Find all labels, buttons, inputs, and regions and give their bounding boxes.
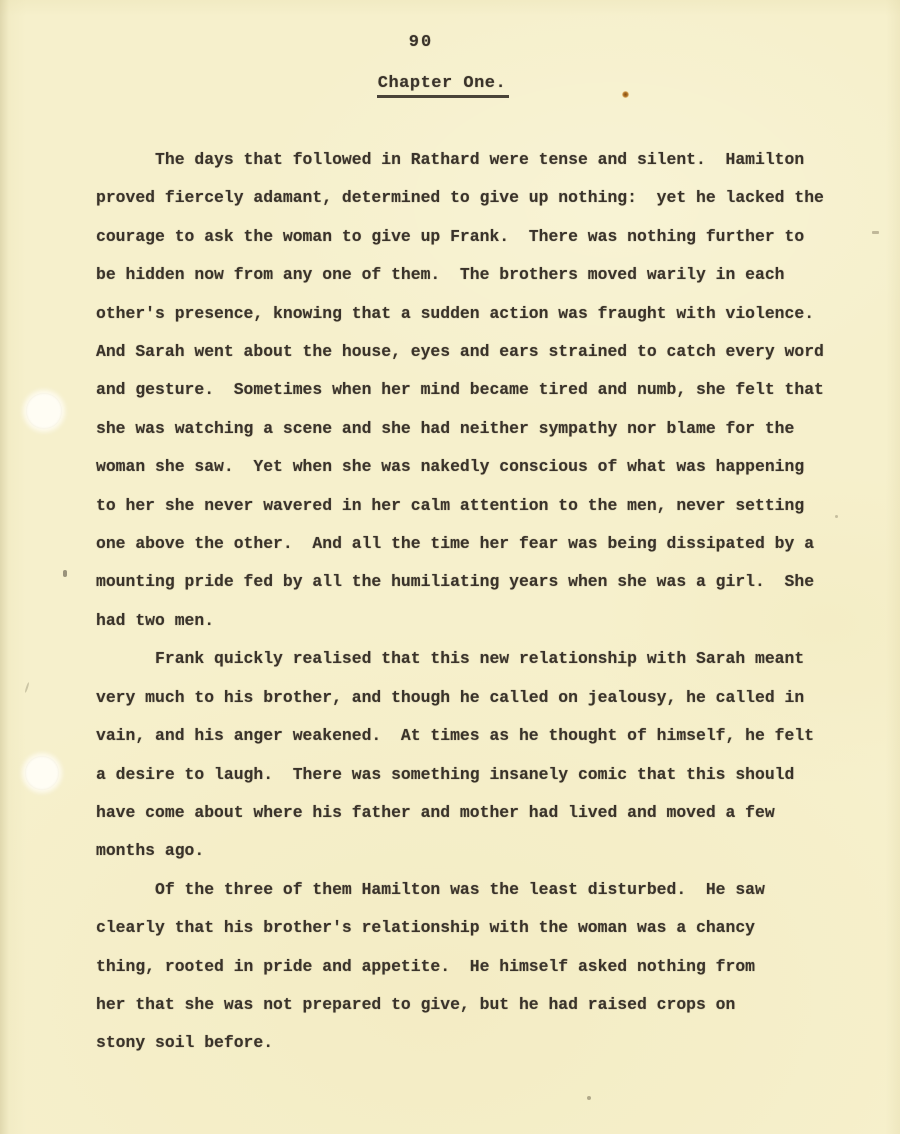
page-number: 90	[0, 33, 871, 52]
text-line: one above the other. And all the time he…	[96, 525, 868, 563]
text-line: months ago.	[96, 832, 868, 870]
chapter-heading: Chapter One.	[0, 74, 900, 98]
text-line: be hidden now from any one of them. The …	[96, 256, 868, 294]
text-line: and gesture. Sometimes when her mind bec…	[96, 371, 868, 409]
text-line: to her she never wavered in her calm att…	[96, 487, 868, 525]
text-line: And Sarah went about the house, eyes and…	[96, 333, 868, 371]
text-line: very much to his brother, and though he …	[96, 679, 868, 717]
text-line: stony soil before.	[96, 1024, 868, 1062]
text-line: courage to ask the woman to give up Fran…	[96, 218, 868, 256]
manuscript-page: 90 Chapter One. The days that followed i…	[0, 0, 900, 1134]
ink-speck	[872, 231, 879, 234]
text-line: thing, rooted in pride and appetite. He …	[96, 948, 868, 986]
punch-hole-bottom	[25, 756, 59, 790]
ink-speck	[63, 570, 67, 577]
text-line: proved fiercely adamant, determined to g…	[96, 179, 868, 217]
text-line: woman she saw. Yet when she was nakedly …	[96, 448, 868, 486]
text-line: a desire to laugh. There was something i…	[96, 756, 868, 794]
text-line: other's presence, knowing that a sudden …	[96, 295, 868, 333]
ink-speck	[24, 682, 29, 693]
text-line: her that she was not prepared to give, b…	[96, 986, 868, 1024]
text-line: Of the three of them Hamilton was the le…	[96, 871, 868, 909]
text-line: vain, and his anger weakened. At times a…	[96, 717, 868, 755]
text-line: Frank quickly realised that this new rel…	[96, 640, 868, 678]
ink-speck	[587, 1096, 591, 1100]
text-line: The days that followed in Rathard were t…	[96, 141, 868, 179]
text-line: she was watching a scene and she had nei…	[96, 410, 868, 448]
text-line: mounting pride fed by all the humiliatin…	[96, 563, 868, 601]
text-line: had two men.	[96, 602, 868, 640]
manuscript-body: The days that followed in Rathard were t…	[96, 141, 868, 1063]
text-line: have come about where his father and mot…	[96, 794, 868, 832]
chapter-heading-text: Chapter One.	[377, 74, 509, 98]
text-line: clearly that his brother's relationship …	[96, 909, 868, 947]
punch-hole-top	[26, 393, 62, 429]
